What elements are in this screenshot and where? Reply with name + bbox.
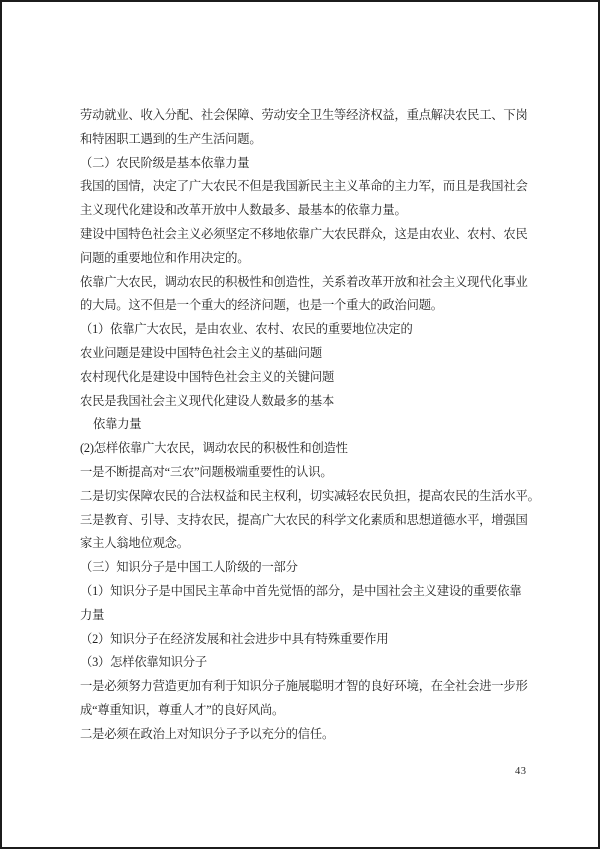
text-line: （2）知识分子在经济发展和社会进步中具有特殊重要作用 (80, 628, 526, 652)
text-line: 力量 (80, 604, 526, 628)
text-line: 问题的重要地位和作用决定的。 (80, 247, 526, 271)
text-line: （1）依靠广大农民，是由农业、农村、农民的重要地位决定的 (80, 318, 526, 342)
text-line: 主义现代化建设和改革开放中人数最多、最基本的依靠力量。 (80, 199, 526, 223)
text-line: 劳动就业、收入分配、社会保障、劳动安全卫生等经济权益，重点解决农民工、下岗 (80, 104, 526, 128)
text-line: （二）农民阶级是基本依靠力量 (80, 152, 526, 176)
text-line: 建设中国特色社会主义必须坚定不移地依靠广大农民群众，这是由农业、农村、农民 (80, 223, 526, 247)
text-line: 依靠力量 (80, 413, 526, 437)
text-line: 的大局。这不但是一个重大的经济问题，也是一个重大的政治问题。 (80, 294, 526, 318)
text-line: 一是必须努力营造更加有利于知识分子施展聪明才智的良好环境，在全社会进一步形 (80, 675, 526, 699)
text-line: （3）怎样依靠知识分子 (80, 651, 526, 675)
text-line: 三是教育、引导、支持农民，提高广大农民的科学文化素质和思想道德水平，增强国 (80, 509, 526, 533)
text-line: 二是必须在政治上对知识分子予以充分的信任。 (80, 723, 526, 747)
text-block: 劳动就业、收入分配、社会保障、劳动安全卫生等经济权益，重点解决农民工、下岗和特困… (80, 104, 526, 747)
text-line: 一是不断提高对“三农”问题极端重要性的认识。 (80, 461, 526, 485)
text-line: 农业问题是建设中国特色社会主义的基础问题 (80, 342, 526, 366)
text-line: （1）知识分子是中国民主革命中首先觉悟的部分，是中国社会主义建设的重要依靠 (80, 580, 526, 604)
text-line: 我国的国情，决定了广大农民不但是我国新民主主义革命的主力军，而且是我国社会 (80, 175, 526, 199)
text-line: (2)怎样依靠广大农民，调动农民的积极性和创造性 (80, 437, 526, 461)
page-number: 43 (515, 766, 527, 777)
text-line: 农民是我国社会主义现代化建设人数最多的基本 (80, 390, 526, 414)
document-page: 劳动就业、收入分配、社会保障、劳动安全卫生等经济权益，重点解决农民工、下岗和特困… (0, 0, 600, 849)
text-line: 二是切实保障农民的合法权益和民主权利，切实减轻农民负担，提高农民的生活水平。 (80, 485, 526, 509)
text-line: 农村现代化是建设中国特色社会主义的关键问题 (80, 366, 526, 390)
text-line: 成“尊重知识，尊重人才”的良好风尚。 (80, 699, 526, 723)
text-line: 依靠广大农民，调动农民的积极性和创造性，关系着改革开放和社会主义现代化事业 (80, 271, 526, 295)
text-line: （三）知识分子是中国工人阶级的一部分 (80, 556, 526, 580)
text-line: 和特困职工遇到的生产生活问题。 (80, 128, 526, 152)
text-line: 家主人翁地位观念。 (80, 532, 526, 556)
